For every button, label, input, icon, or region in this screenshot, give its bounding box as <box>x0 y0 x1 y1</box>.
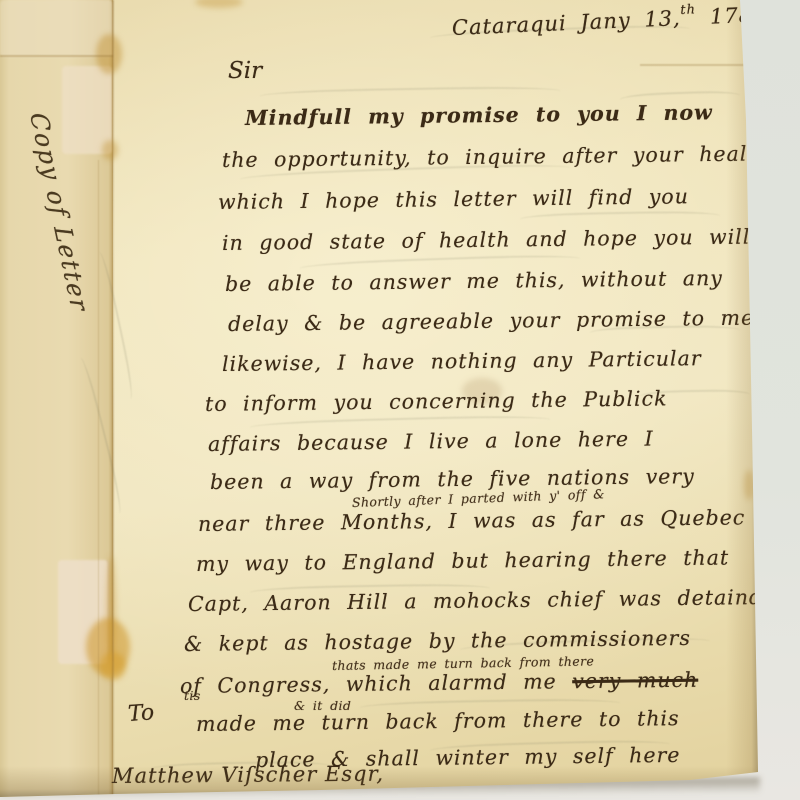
body-line: of Congress, which alarmd me very much <box>180 668 698 698</box>
strikethrough-text: very much <box>572 668 698 694</box>
body-line: been a way from the five nations very <box>210 464 695 494</box>
body-line: be able to answer me this, without any <box>225 266 723 296</box>
body-line-text: of Congress, which alarmd me <box>180 669 573 698</box>
dateline-ordinal-superscript: th <box>680 2 696 18</box>
margin-word-to: To <box>127 700 155 727</box>
stain <box>102 140 118 160</box>
body-line: the opportunity, to inquire after your h… <box>222 141 771 172</box>
body-line: my way to England but hearing there that <box>196 545 729 576</box>
body-line: near three Months, I was as far as Quebe… <box>198 505 746 536</box>
horizontal-crease <box>0 55 113 57</box>
body-line: Mindfull my promise to you I now <box>245 100 713 130</box>
stain <box>96 34 122 74</box>
body-line: & kept as hostage by the commissioners <box>184 626 691 656</box>
body-line: likewise, I have nothing any Particular <box>222 346 702 376</box>
interlinear-insertion: tis <box>184 688 201 703</box>
photograph-of-letter: Copy of Letter Cataraqui Jany 13,th 1785… <box>0 0 800 800</box>
salutation: Sir <box>228 58 262 84</box>
ghost-writing-trace <box>520 210 720 224</box>
body-line: to inform you concerning the Publick <box>205 386 668 416</box>
body-line: in good state of health and hope you wil… <box>222 225 751 255</box>
ghost-writing-trace <box>260 85 560 101</box>
body-line: which I hope this letter will find you <box>218 184 689 214</box>
paper-right-edge-shading <box>726 0 760 800</box>
stain <box>195 0 243 8</box>
body-line: affairs because I live a lone here I <box>208 427 654 456</box>
body-line: made me turn back from there to this <box>196 706 680 736</box>
letter-paper: Copy of Letter Cataraqui Jany 13,th 1785… <box>0 0 800 800</box>
vertical-fold-crease <box>112 0 114 800</box>
